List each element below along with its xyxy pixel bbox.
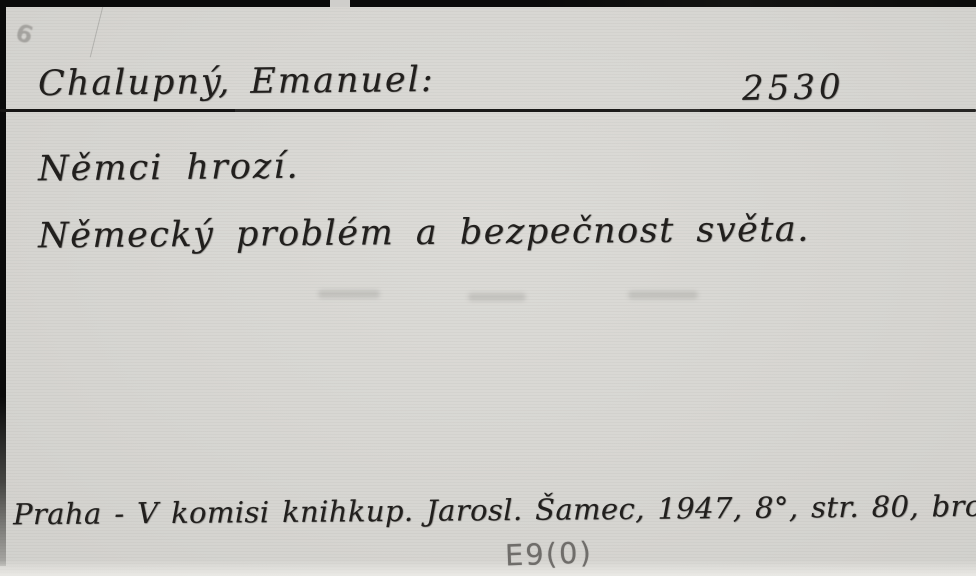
- classification-mark: E9(0): [504, 535, 593, 572]
- title-line-2: Německý problém a bezpečnost světa.: [38, 210, 810, 257]
- scan-top-edge: [0, 0, 976, 7]
- ink-ghost-smudge: [628, 291, 698, 299]
- ink-ghost-smudge: [318, 290, 380, 298]
- header-rule-line: [0, 109, 976, 112]
- ink-ghost-smudge: [468, 293, 526, 301]
- author-heading: Chalupný, Emanuel:: [38, 60, 435, 104]
- card-number: 2530: [742, 67, 845, 109]
- scan-scratch-mark: [90, 7, 104, 58]
- imprint-line: Praha - V komisi knihkup. Jarosl. Šamec,…: [13, 489, 976, 532]
- scan-left-edge: [0, 0, 6, 566]
- corner-pencil-mark: 6: [12, 18, 37, 50]
- catalog-card-scan: 6 Chalupný, Emanuel: 2530 Němci hrozí. N…: [0, 0, 976, 576]
- title-line-1: Němci hrozí.: [38, 147, 300, 190]
- scan-top-edge-notch: [330, 0, 350, 7]
- scan-bottom-highlight: [0, 560, 976, 576]
